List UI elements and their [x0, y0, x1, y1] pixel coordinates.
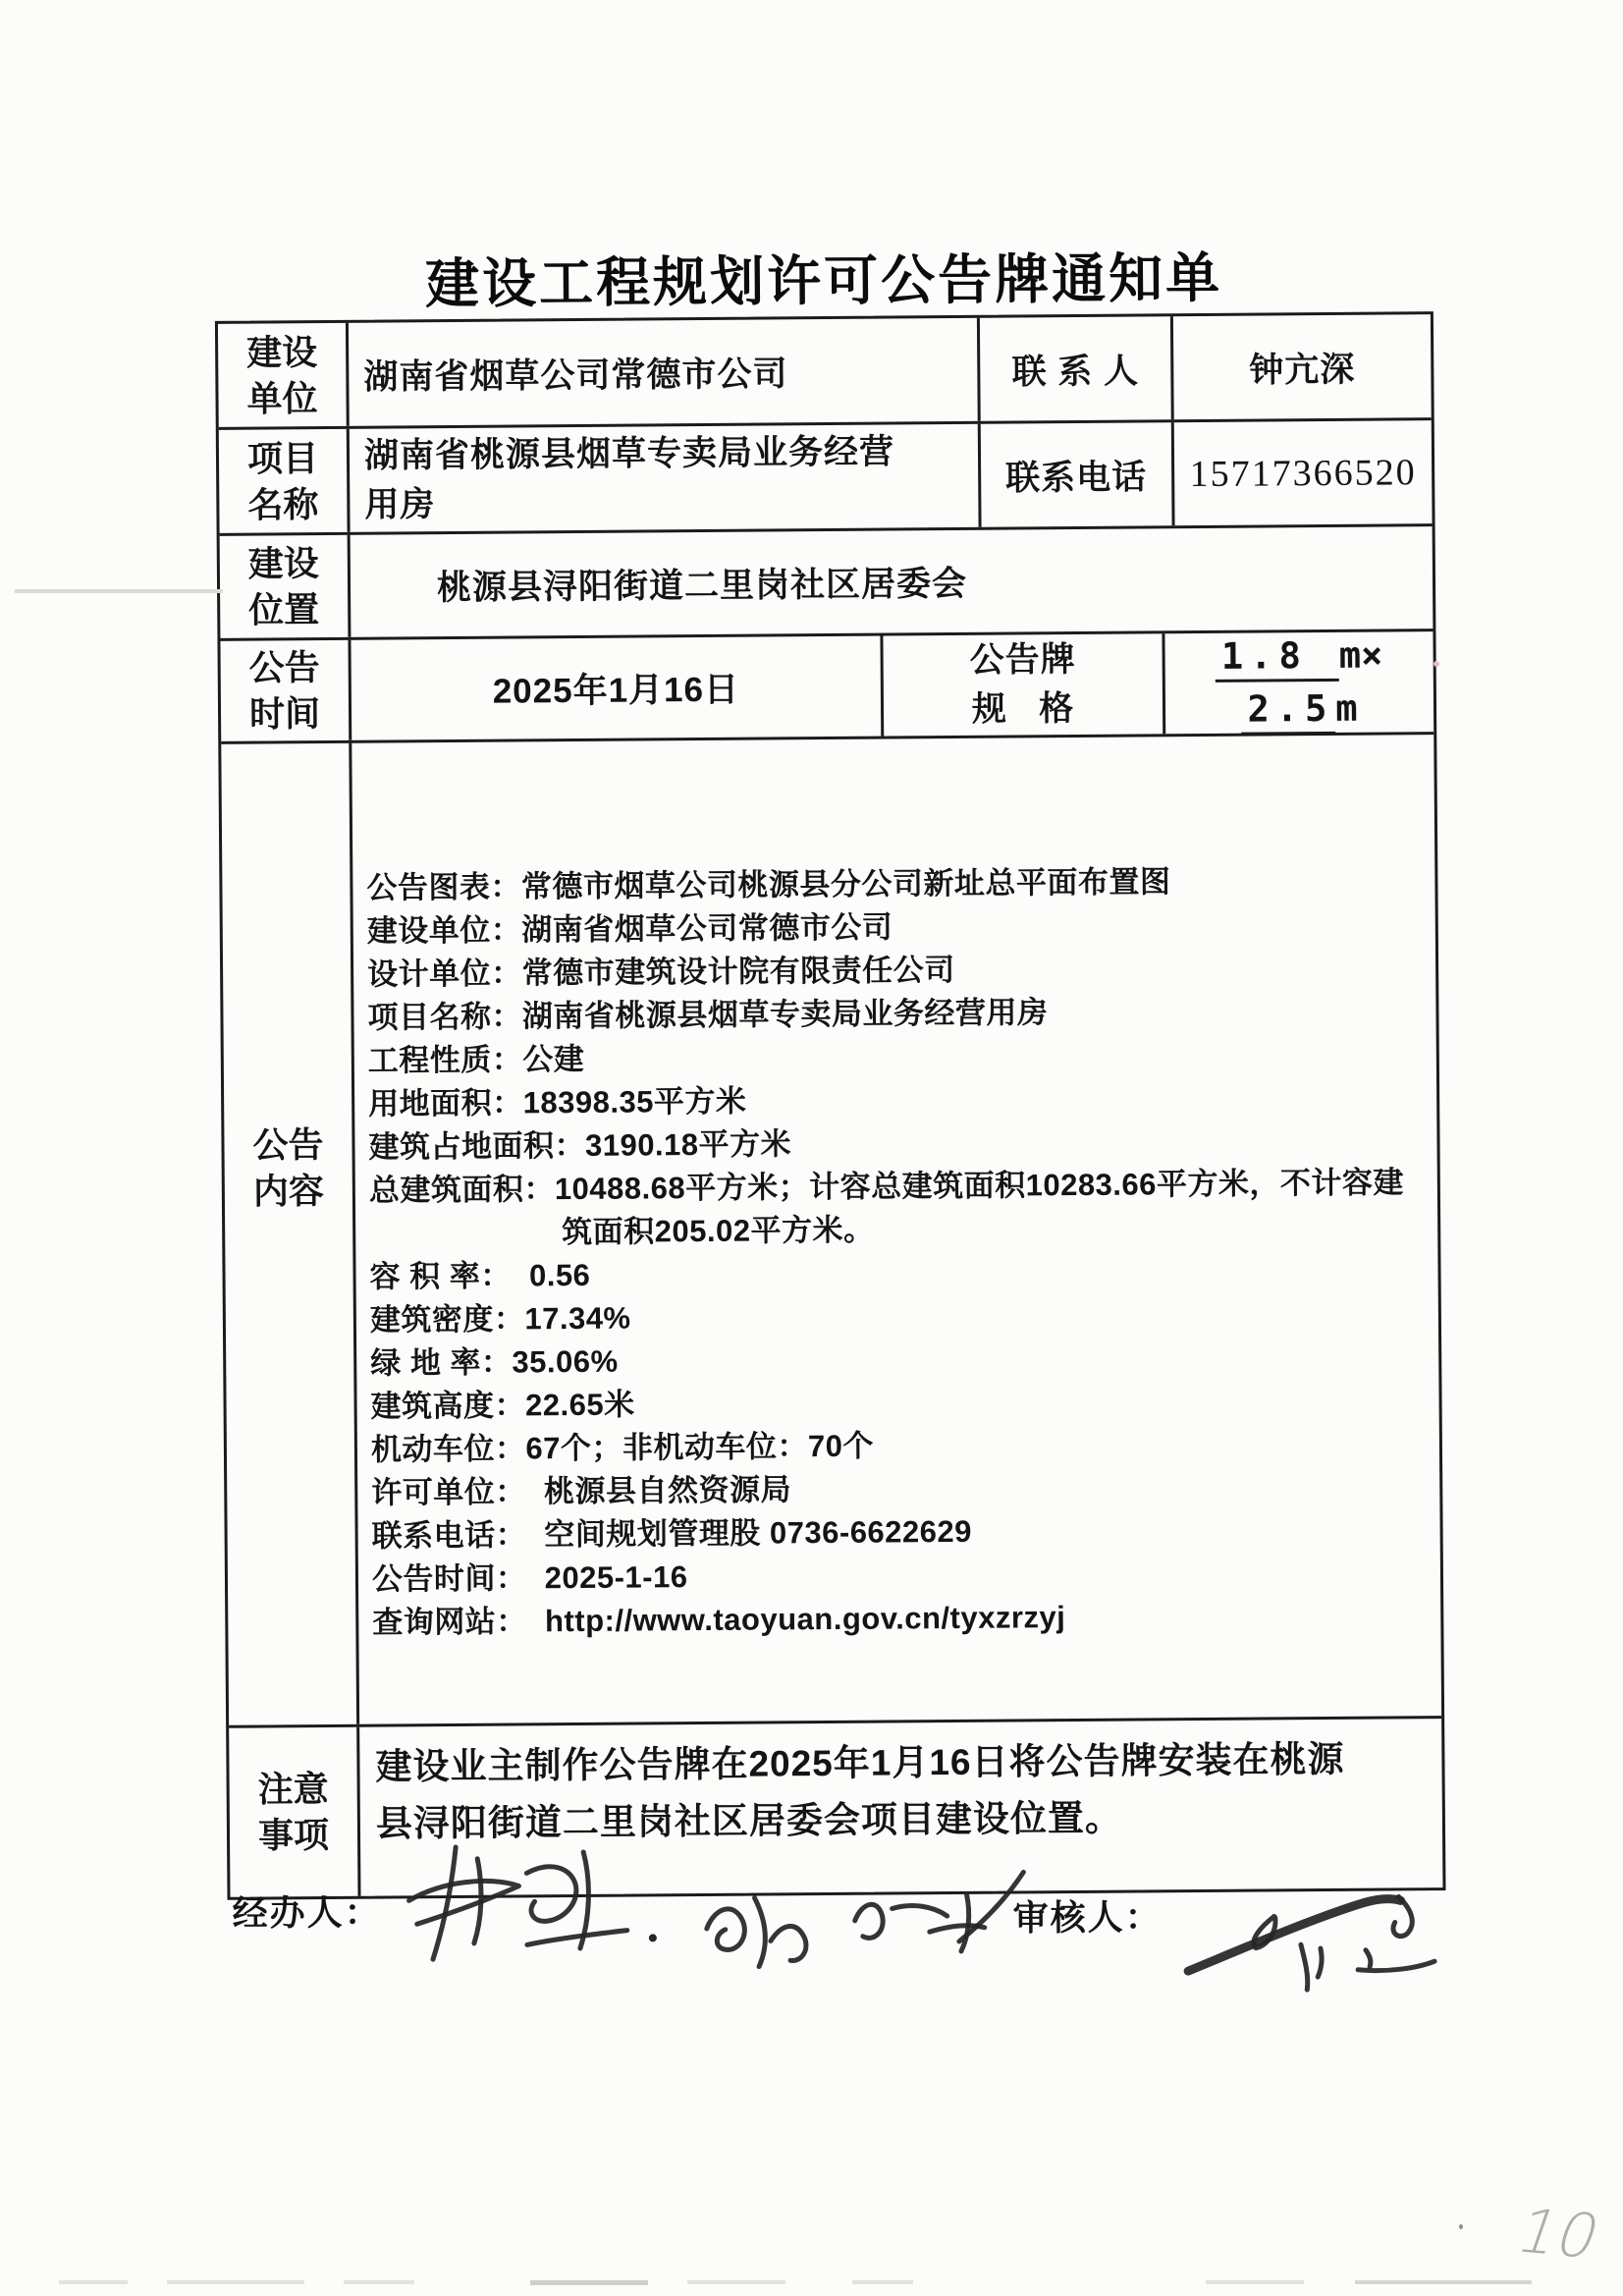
- label-line: 项目: [247, 435, 318, 482]
- cell-project-name-value: 湖南省桃源县烟草专卖局业务经营 用房: [350, 424, 982, 532]
- notes-line1: 建设业主制作公告牌在2025年1月16日将公告牌安装在桃源: [375, 1730, 1422, 1795]
- label-line: 公告: [248, 644, 319, 691]
- contact-value: 钟亢深: [1249, 342, 1355, 392]
- board-spec-width-number: 1.8: [1216, 634, 1339, 683]
- board-spec-height-number: 2.5: [1241, 687, 1335, 736]
- board-spec-height: 2.5m: [1241, 683, 1358, 737]
- scan-artifact: [344, 2280, 414, 2284]
- operator-signature-2: [707, 1897, 807, 1967]
- table-row-construction-unit: 建设 单位 湖南省烟草公司常德市公司 联 系 人 钟亢深: [218, 314, 1432, 430]
- cell-phone-label: 联系电话: [981, 422, 1175, 527]
- row-label-notice-content: 公告 内容: [221, 743, 359, 1725]
- cell-notice-date-value: 2025年1月16日: [351, 636, 884, 740]
- phone-value: 15717366520: [1189, 451, 1416, 496]
- scan-artifact: [1355, 2280, 1532, 2284]
- reviewer-signature: [1188, 1896, 1435, 1991]
- board-spec-width-unit: m×: [1339, 634, 1383, 677]
- cell-construction-unit-value: 湖南省烟草公司常德市公司: [349, 318, 981, 426]
- operator-signature-3: [854, 1872, 1024, 1951]
- label-line: 名称: [247, 481, 318, 528]
- label-line: 注意: [257, 1766, 328, 1813]
- label-line: 时间: [249, 690, 320, 738]
- cell-board-spec-value: 1.8m× 2.5m: [1164, 631, 1434, 734]
- cell-board-spec-label: 公告牌 规 格: [883, 633, 1165, 736]
- label-line: 公告: [252, 1121, 323, 1169]
- contact-label: 联 系 人: [1011, 344, 1139, 394]
- cell-phone-value: 15717366520: [1174, 420, 1433, 525]
- board-spec-width: 1.8m×: [1216, 629, 1383, 683]
- scan-artifact: [852, 2280, 913, 2284]
- scanned-document-page: 建设工程规划许可公告牌通知单 建设 单位 湖南省烟草公司常德市公司 联 系 人 …: [0, 0, 1623, 2296]
- project-name-line1: 湖南省桃源县烟草专卖局业务经营: [364, 426, 978, 480]
- content-line: 查询网站： http://www.taoyuan.gov.cn/tyxzrzyj: [372, 1593, 1423, 1644]
- scan-artifact: [15, 589, 223, 593]
- row-label-notice-date: 公告 时间: [220, 640, 352, 741]
- operator-signature-1: [408, 1845, 657, 1959]
- table-row-notice-content: 公告 内容 公告图表：常德市烟草公司桃源县分公司新址总平面布置图 建设单位：湖南…: [221, 735, 1441, 1728]
- label-line: 建设: [246, 329, 317, 376]
- table-row-project-name: 项目 名称 湖南省桃源县烟草专卖局业务经营 用房 联系电话 1571736652…: [219, 420, 1433, 536]
- project-name-line2: 用房: [364, 475, 978, 529]
- operator-label: 经办人：: [232, 1886, 381, 1937]
- cell-contact-label: 联 系 人: [980, 316, 1174, 421]
- signatures-overlay: [379, 1821, 1540, 2026]
- scan-artifact: [167, 2280, 304, 2284]
- page-title: 建设工程规划许可公告牌通知单: [214, 233, 1434, 320]
- location-value: 桃源县浔阳街道二里岗社区居委会: [437, 553, 1433, 610]
- document-sheet: 建设工程规划许可公告牌通知单 建设 单位 湖南省烟草公司常德市公司 联 系 人 …: [0, 0, 1623, 2296]
- construction-unit-value: 湖南省烟草公司常德市公司: [363, 345, 977, 399]
- notice-date-value: 2025年1月16日: [493, 663, 740, 714]
- row-label-construction-unit: 建设 单位: [218, 323, 350, 427]
- scan-artifact: [59, 2280, 128, 2284]
- cell-notice-content: 公告图表：常德市烟草公司桃源县分公司新址总平面布置图 建设单位：湖南省烟草公司常…: [352, 735, 1441, 1724]
- row-label-notes: 注意 事项: [229, 1727, 360, 1897]
- label-line: 事项: [258, 1812, 329, 1859]
- scan-artifact: [1206, 2280, 1304, 2284]
- label-line: 位置: [248, 586, 319, 633]
- table-row-location: 建设 位置 桃源县浔阳街道二里岗社区居委会: [220, 526, 1434, 641]
- scan-artifact: [1459, 2224, 1463, 2229]
- notice-table: 建设 单位 湖南省烟草公司常德市公司 联 系 人 钟亢深 项目 名称: [215, 311, 1446, 1900]
- row-label-project-name: 项目 名称: [219, 429, 351, 533]
- row-label-location: 建设 位置: [220, 535, 352, 638]
- scan-artifact: [687, 2280, 785, 2284]
- cell-contact-value: 钟亢深: [1173, 314, 1432, 419]
- phone-label: 联系电话: [1005, 450, 1147, 500]
- board-spec-label-line2: 规 格: [972, 684, 1075, 735]
- cell-location-value: 桃源县浔阳街道二里岗社区居委会: [351, 526, 1434, 637]
- scan-artifact: [530, 2280, 648, 2285]
- label-line: 单位: [246, 375, 317, 422]
- table-row-notice-date: 公告 时间 2025年1月16日 公告牌 规 格 1.8m× 2.5m: [220, 631, 1434, 744]
- board-spec-height-unit: m: [1335, 687, 1358, 730]
- board-spec-label-line1: 公告牌: [969, 635, 1075, 685]
- scan-artifact: [1434, 661, 1439, 667]
- label-line: 建设: [248, 540, 319, 587]
- label-line: 内容: [253, 1168, 324, 1215]
